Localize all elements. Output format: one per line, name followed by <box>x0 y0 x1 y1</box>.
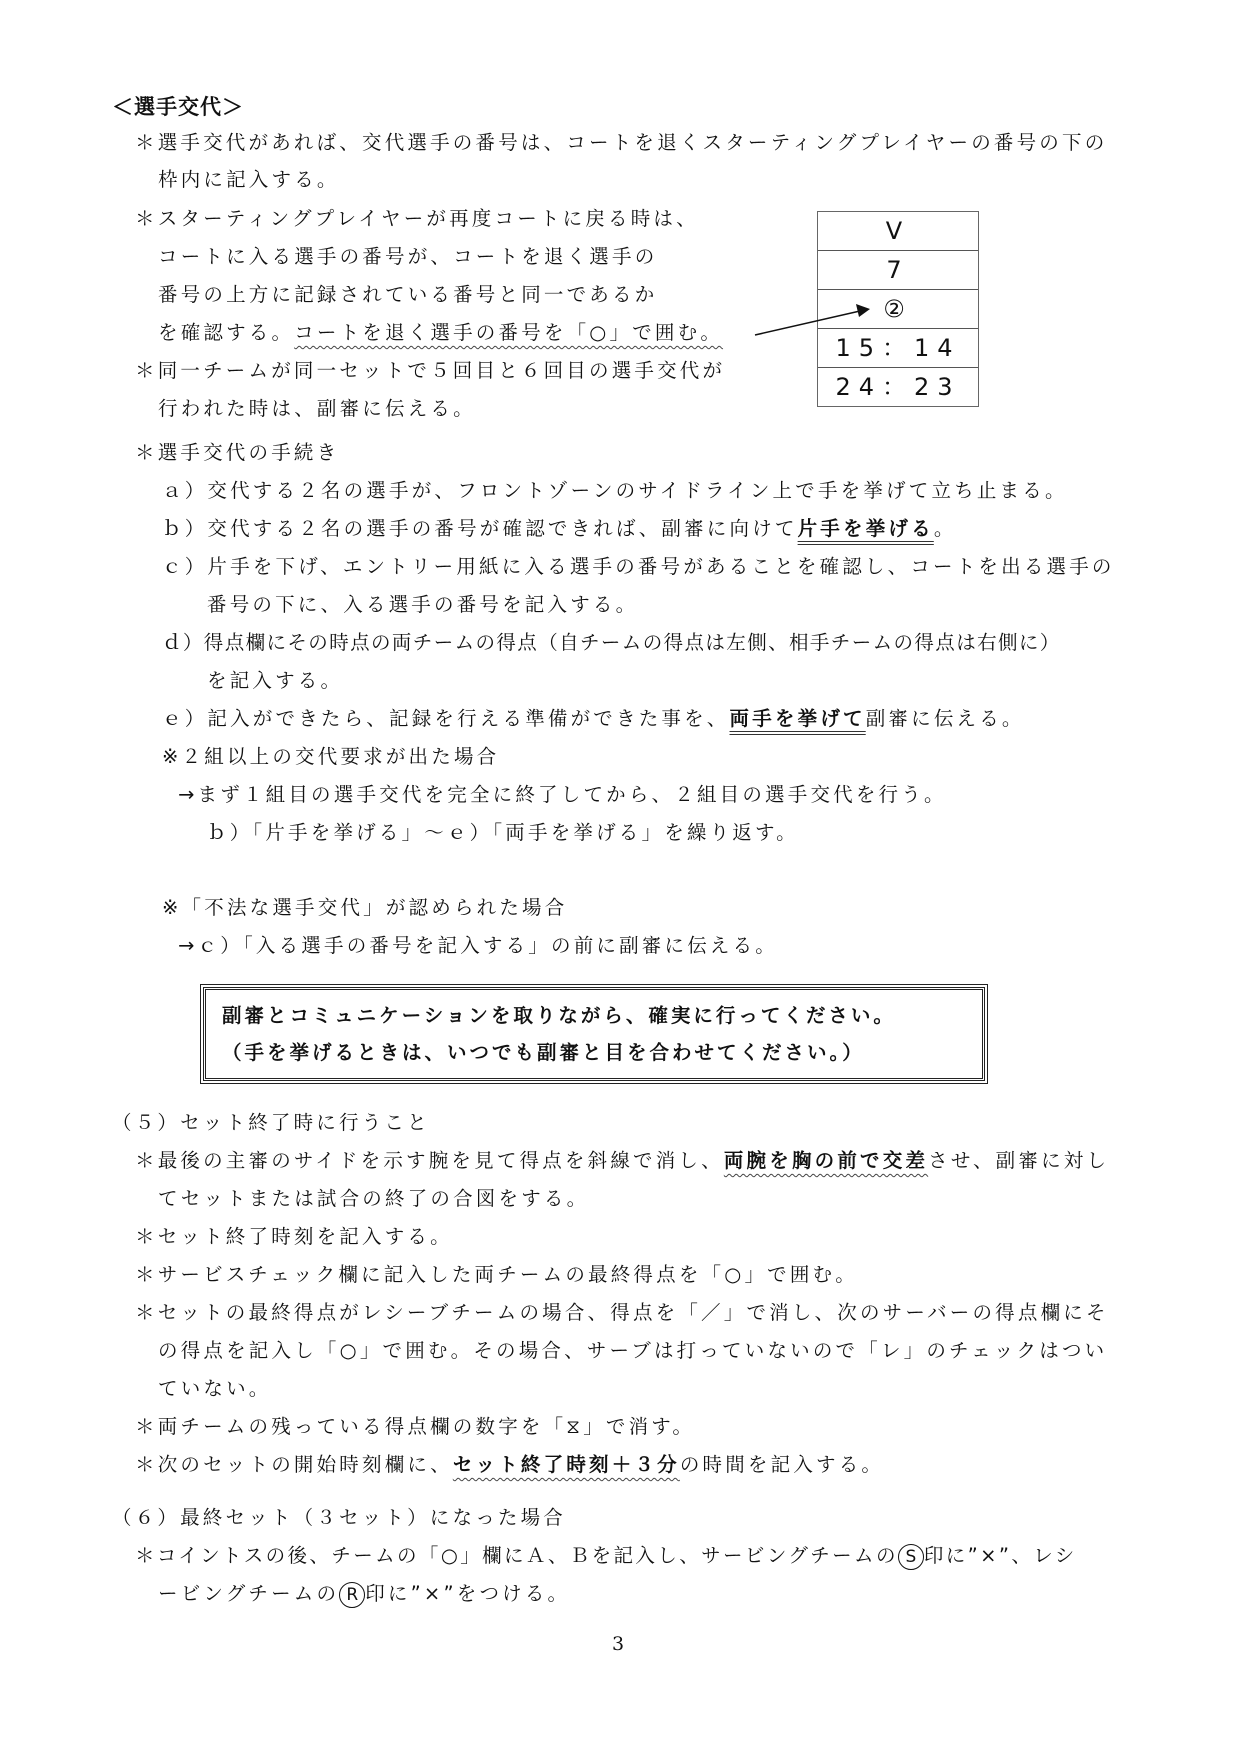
rule-2-line-2: コートに入る選手の番号が、コートを退く選手の <box>158 244 657 270</box>
page-number: 3 <box>612 1633 624 1655</box>
notice-line-1: 副審とコミュニケーションを取りながら、確実に行ってください。 <box>222 1000 896 1028</box>
rule-2-line-3: 番号の上方に記録されている番号と同一であるか <box>158 282 657 308</box>
line-2-text: ービングチームの <box>158 1582 339 1605</box>
note-2-line-1: →ｃ）「入る選手の番号を記入する」の前に副審に伝える。 <box>178 933 778 959</box>
table-row: 24：23 <box>818 368 978 406</box>
step-d-line-1: ｄ）得点欄にその時点の両チームの得点（自チームの得点は左側、相手チームの得点は右… <box>162 630 1061 656</box>
line-2-end: 印に”×”をつける。 <box>365 1582 570 1605</box>
document-page: ＜選手交代＞ ＊選手交代があれば、交代選手の番号は、コートを退くスターティングプ… <box>0 0 1241 1754</box>
step-e-plain: ｅ）記入ができたら、記録を行える準備ができた事を、 <box>162 707 730 730</box>
section-6-line-1: ＊コイントスの後、チームの「○」欄にＡ、Ｂを記入し、サービングチームのS印に”×… <box>135 1543 1077 1570</box>
example-score-table: V 7 ② 15：14 24：23 <box>817 211 979 407</box>
item-6-plain: ＊次のセットの開始時刻欄に、 <box>135 1453 453 1476</box>
note-1-title: ※２組以上の交代要求が出た場合 <box>162 744 499 770</box>
section-5-item-3: ＊サービスチェック欄に記入した両チームの最終得点を「○」で囲む。 <box>135 1262 858 1288</box>
note-1-line-2: ｂ）「片手を挙げる」～ｅ）「両手を挙げる」を繰り返す。 <box>207 820 799 846</box>
section-5-item-4-line-3: ていない。 <box>158 1376 272 1402</box>
note-1-line-1: →まず１組目の選手交代を完全に終了してから、２組目の選手交代を行う。 <box>178 782 947 808</box>
item-1-emphasis: 両腕を胸の前で交差 <box>724 1149 928 1172</box>
section-6-title: （６）最終セット（３セット）になった場合 <box>112 1505 566 1531</box>
table-row: 7 <box>818 251 978 290</box>
section-5-item-1-line-2: てセットまたは試合の終了の合図をする。 <box>158 1186 589 1212</box>
rule-1-line-1: ＊選手交代があれば、交代選手の番号は、コートを退くスターティングプレイヤーの番号… <box>135 130 1107 156</box>
rule-1-line-2: 枠内に記入する。 <box>158 167 340 193</box>
step-c-line-1: ｃ）片手を下げ、エントリー用紙に入る選手の番号があることを確認し、コートを出る選… <box>162 554 1115 580</box>
section-5-item-4-line-2: の得点を記入し「○」で囲む。その場合、サーブは打っていないので「レ」のチェックは… <box>158 1338 1107 1364</box>
rule-3-line-1: ＊同一チームが同一セットで５回目と６回目の選手交代が <box>135 358 725 384</box>
note-2-title: ※「不法な選手交代」が認められた場合 <box>162 895 567 921</box>
step-b-end: 。 <box>934 517 957 540</box>
step-e: ｅ）記入ができたら、記録を行える準備ができた事を、両手を挙げて副審に伝える。 <box>162 706 1025 732</box>
table-row: 15：14 <box>818 329 978 368</box>
item-1-end: させ、副審に対し <box>928 1149 1109 1172</box>
procedure-title: ＊選手交代の手続き <box>135 440 339 466</box>
rule-2-line-4: を確認する。コートを退く選手の番号を「○」で囲む。 <box>158 320 723 346</box>
step-b: ｂ）交代する２名の選手の番号が確認できれば、副審に向けて片手を挙げる。 <box>162 516 957 542</box>
section-heading: ＜選手交代＞ <box>112 94 244 120</box>
section-5-item-1: ＊最後の主審のサイドを示す腕を見て得点を斜線で消し、両腕を胸の前で交差させ、副審… <box>135 1148 1109 1174</box>
rule-2-line-1: ＊スターティングプレイヤーが再度コートに戻る時は、 <box>135 206 699 232</box>
step-b-plain: ｂ）交代する２名の選手の番号が確認できれば、副審に向けて <box>162 517 798 540</box>
section-5-item-2: ＊セット終了時刻を記入する。 <box>135 1224 453 1250</box>
item-1-plain: ＊最後の主審のサイドを示す腕を見て得点を斜線で消し、 <box>135 1149 724 1172</box>
item-6-emphasis: セット終了時刻＋３分 <box>453 1453 680 1476</box>
section-5-item-5: ＊両チームの残っている得点欄の数字を「⧖」で消す。 <box>135 1414 695 1440</box>
line-1-end: 印に”×”、レシ <box>924 1544 1077 1567</box>
line-1-text: ＊コイントスの後、チームの「○」欄にＡ、Ｂを記入し、サービングチームの <box>135 1544 898 1567</box>
serving-circle-icon: S <box>898 1544 924 1570</box>
step-a: ａ）交代する２名の選手が、フロントゾーンのサイドライン上で手を挙げて立ち止まる。 <box>162 478 1068 504</box>
item-6-end: の時間を記入する。 <box>680 1453 884 1476</box>
step-c-line-2: 番号の下に、入る選手の番号を記入する。 <box>207 592 638 618</box>
notice-box: 副審とコミュニケーションを取りながら、確実に行ってください。 （手を挙げるときは… <box>203 987 985 1081</box>
step-e-end: 副審に伝える。 <box>866 707 1025 730</box>
step-b-emphasis: 片手を挙げる <box>798 517 934 540</box>
rule-3-line-2: 行われた時は、副審に伝える。 <box>158 396 476 422</box>
step-e-emphasis: 両手を挙げて <box>730 707 866 730</box>
notice-line-2: （手を挙げるときは、いつでも副審と目を合わせてください。） <box>222 1037 865 1065</box>
section-6-line-2: ービングチームのR印に”×”をつける。 <box>158 1581 570 1608</box>
section-5-item-6: ＊次のセットの開始時刻欄に、セット終了時刻＋３分の時間を記入する。 <box>135 1452 884 1478</box>
table-row: V <box>818 212 978 251</box>
table-row: ② <box>818 290 978 329</box>
section-5-title: （５）セット終了時に行うこと <box>112 1110 430 1136</box>
step-d-line-2: を記入する。 <box>207 668 343 694</box>
rule-2-plain: を確認する。 <box>158 321 294 344</box>
section-5-item-4-line-1: ＊セットの最終得点がレシーブチームの場合、得点を「／」で消し、次のサーバーの得点… <box>135 1300 1109 1326</box>
rule-2-emphasis: コートを退く選手の番号を「○」で囲む。 <box>294 321 723 344</box>
receiving-circle-icon: R <box>339 1582 365 1608</box>
